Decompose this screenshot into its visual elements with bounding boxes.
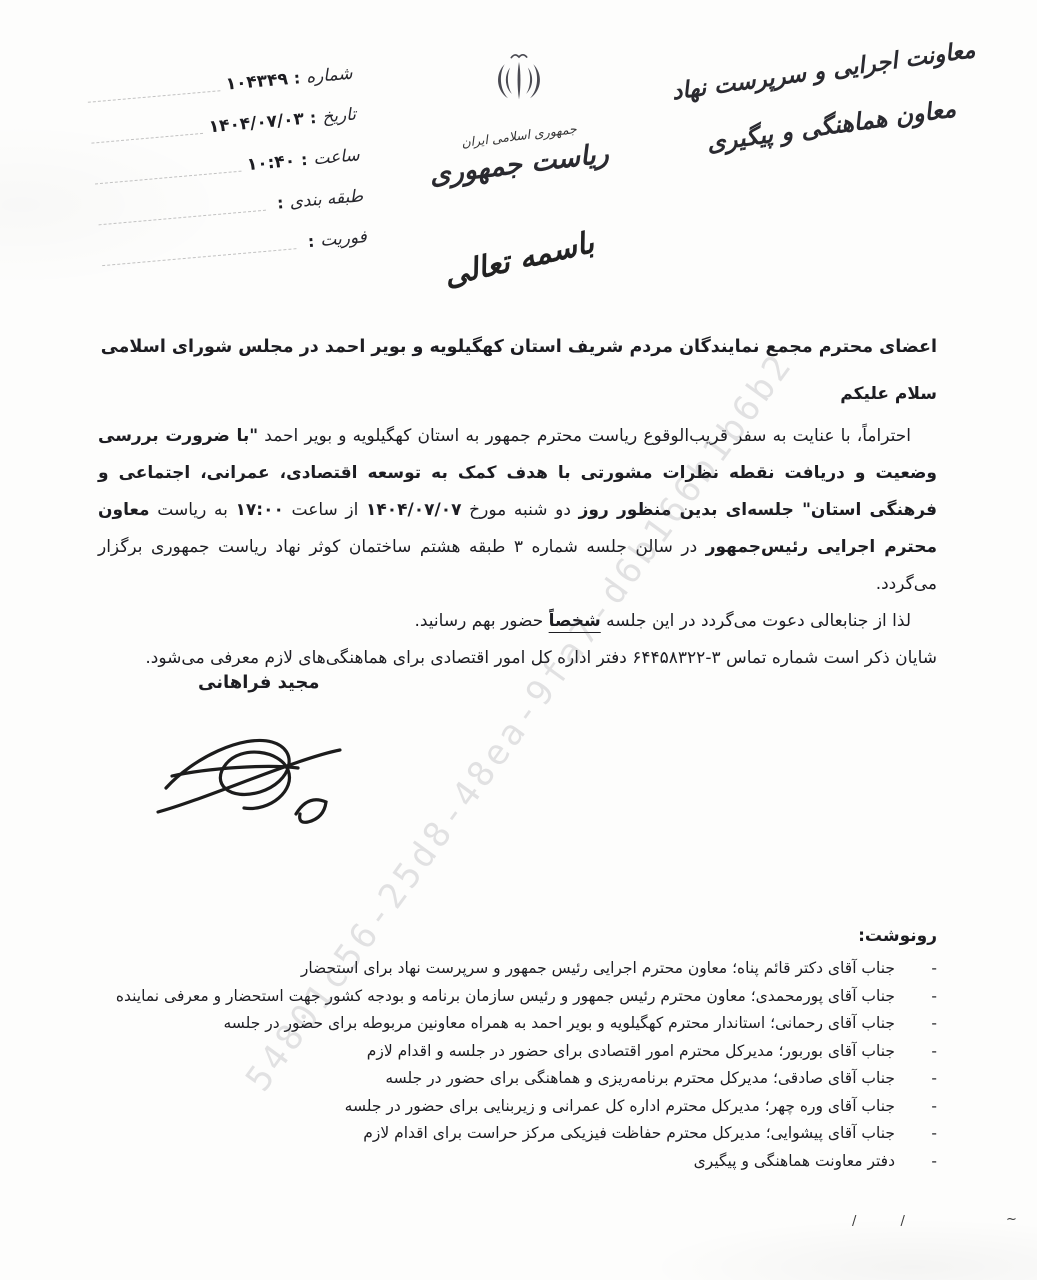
colon: :	[293, 68, 301, 87]
cc-item-text: جناب آقای صادقی؛ مدیرکل محترم برنامه‌ریز…	[385, 1065, 895, 1093]
cc-item-text: جناب آقای پیشوایی؛ مدیرکل محترم حفاظت فی…	[363, 1120, 895, 1148]
field-time-value: ۱۰:۴۰	[246, 150, 296, 174]
dash-bullet: -	[927, 1038, 937, 1066]
cc-item: -جناب آقای وره چهر؛ مدیرکل محترم اداره ک…	[110, 1093, 937, 1121]
dash-bullet: -	[927, 1065, 937, 1093]
colon: :	[300, 150, 308, 169]
cc-item-text: جناب آقای رحمانی؛ استاندار محترم کهگیلوی…	[223, 1010, 895, 1038]
colon: :	[307, 232, 315, 251]
p1-meeting-date: ۱۴۰۴/۰۷/۰۷	[366, 500, 461, 520]
p2-emphasis-personally: شخصاً	[549, 611, 601, 631]
cc-item-text: جناب آقای پورمحمدی؛ معاون محترم رئیس جمه…	[116, 983, 895, 1011]
addressee-line: اعضای محترم مجمع نمایندگان مردم شریف است…	[98, 334, 937, 360]
dash-bullet: -	[927, 983, 937, 1011]
scanned-letter-page: معاونت اجرایی و سرپرست نهاد معاون هماهنگ…	[0, 0, 1037, 1280]
dash-bullet: -	[927, 1148, 937, 1176]
colon: :	[309, 108, 317, 127]
cc-item: -جناب آقای بوربور؛ مدیرکل محترم امور اقت…	[110, 1038, 937, 1066]
signer-name: مجید فراهانی	[198, 672, 320, 693]
p1-intro: احتراماً، با عنایت به سفر قریب‌الوقوع ری…	[258, 426, 911, 446]
cc-item: -جناب آقای صادقی؛ مدیرکل محترم برنامه‌ری…	[110, 1065, 937, 1093]
field-classification-label: طبقه بندی	[289, 186, 364, 212]
cc-item-text: دفتر معاونت هماهنگی و پیگیری	[694, 1148, 895, 1176]
cc-item-text: جناب آقای دکتر قائم پناه؛ معاون محترم اج…	[301, 955, 895, 983]
cc-title: رونوشت:	[110, 926, 937, 946]
dotted-line	[90, 121, 203, 144]
cc-item-text: جناب آقای وره چهر؛ مدیرکل محترم اداره کل…	[345, 1093, 895, 1121]
dash-bullet: -	[927, 955, 937, 983]
p2-before: لذا از جنابعالی دعوت می‌گردد در این جلسه	[601, 611, 911, 631]
dotted-line	[94, 159, 242, 185]
iran-coat-of-arms-icon	[486, 46, 552, 122]
cc-list: -جناب آقای دکتر قائم پناه؛ معاون محترم ا…	[110, 955, 937, 1175]
p2-after: حضور بهم رسانید.	[414, 611, 548, 631]
field-time-label: ساعت	[313, 145, 361, 169]
cc-item: -جناب آقای پورمحمدی؛ معاون محترم رئیس جم…	[110, 983, 937, 1011]
dash-bullet: -	[927, 1120, 937, 1148]
letterhead-department-titles: معاونت اجرایی و سرپرست نهاد معاون هماهنگ…	[626, 31, 1029, 167]
colon: :	[276, 193, 284, 212]
cc-item: -دفتر معاونت هماهنگی و پیگیری	[110, 1148, 937, 1176]
p1-reg2: از ساعت	[284, 500, 366, 520]
p1-reg1: دو شنبه مورخ	[461, 500, 578, 520]
p1-reg3: به ریاست	[150, 500, 236, 520]
field-date-value: ۱۴۰۴/۰۷/۰۳	[208, 109, 305, 137]
dash-bullet: -	[927, 1093, 937, 1121]
dotted-line	[101, 236, 296, 266]
scan-artifact-marks: / /	[852, 1214, 925, 1229]
letter-body: اعضای محترم مجمع نمایندگان مردم شریف است…	[98, 334, 937, 677]
p1-bold1: جلسه‌ای بدین منظور روز	[579, 500, 802, 520]
letterhead-center: جمهوری اسلامی ایران ریاست جمهوری	[394, 46, 644, 180]
field-date-label: تاریخ	[321, 104, 356, 127]
dotted-line	[98, 198, 266, 226]
dash-bullet: -	[927, 1010, 937, 1038]
body-paragraph-2: لذا از جنابعالی دعوت می‌گردد در این جلسه…	[98, 603, 937, 640]
cc-item: -جناب آقای رحمانی؛ استاندار محترم کهگیلو…	[110, 1010, 937, 1038]
field-number-value: ۱۰۴۳۴۹	[225, 69, 289, 94]
bismillah-calligraphy: باسمه تعالی	[440, 225, 597, 293]
cc-item: -جناب آقای دکتر قائم پناه؛ معاون محترم ا…	[110, 955, 937, 983]
cc-item-text: جناب آقای بوربور؛ مدیرکل محترم امور اقتص…	[367, 1038, 895, 1066]
dotted-line	[87, 78, 221, 103]
salutation: سلام علیکم	[98, 384, 937, 404]
cc-section: رونوشت: -جناب آقای دکتر قائم پناه؛ معاون…	[110, 926, 937, 1175]
field-urgency-label: فوریت	[319, 227, 367, 251]
letter-meta-fields: شماره : ۱۰۴۳۴۹ تاریخ : ۱۴۰۴/۰۷/۰۳ ساعت :…	[84, 53, 369, 281]
handwritten-signature-icon	[148, 716, 358, 851]
scan-artifact-tilde: ~	[1006, 1212, 1017, 1227]
cc-item: -جناب آقای پیشوایی؛ مدیرکل محترم حفاظت ف…	[110, 1120, 937, 1148]
p1-meeting-time: ۱۷:۰۰	[236, 500, 284, 520]
field-number-label: شماره	[305, 63, 353, 87]
body-paragraph-1: احتراماً، با عنایت به سفر قریب‌الوقوع ری…	[98, 418, 937, 603]
